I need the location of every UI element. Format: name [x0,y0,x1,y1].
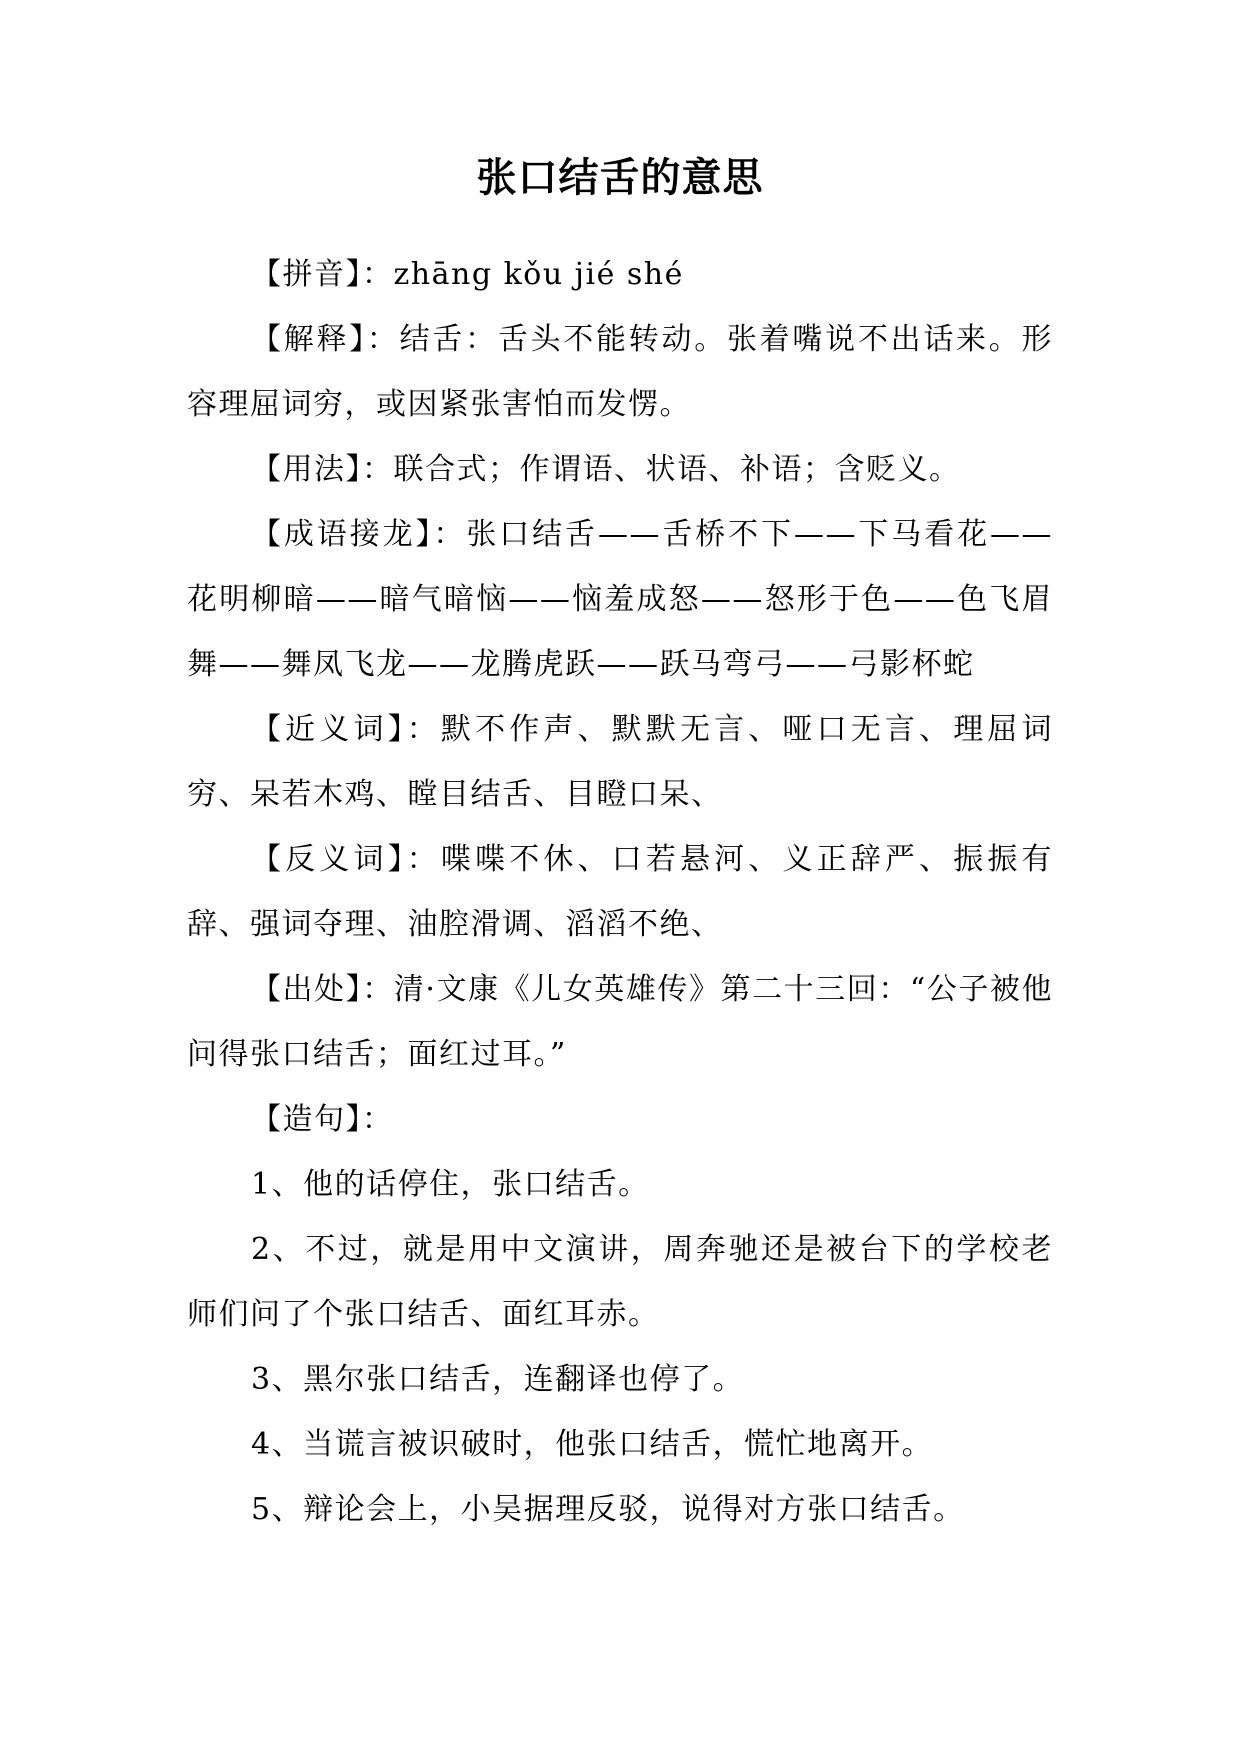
example-sentence-4: 4、当谎言被识破时，他张口结舌，慌忙地离开。 [187,1412,1053,1477]
explanation-paragraph: 【解释】：结舌：舌头不能转动。张着嘴说不出话来。形容理屈词穷，或因紧张害怕而发愣… [187,307,1053,437]
pinyin-text: zhāng kǒu jié shé [394,257,684,292]
example-sentence-5: 5、辩论会上，小吴据理反驳，说得对方张口结舌。 [187,1477,1053,1542]
example-sentence-2: 2、不过，就是用中文演讲，周奔驰还是被台下的学校老师们问了个张口结舌、面红耳赤。 [187,1217,1053,1347]
usage-paragraph: 【用法】：联合式；作谓语、状语、补语；含贬义。 [187,437,1053,502]
source-paragraph: 【出处】：清·文康《儿女英雄传》第二十三回：“公子被他问得张口结舌；面红过耳。” [187,957,1053,1087]
antonyms-paragraph: 【反义词】：喋喋不休、口若悬河、义正辞严、振振有辞、强词夺理、油腔滑调、滔滔不绝… [187,827,1053,957]
idiom-chain-label: 【成语接龙】： [251,517,466,552]
synonyms-label: 【近义词】： [251,712,441,747]
antonyms-label: 【反义词】： [251,842,441,877]
document-body: 【拼音】：zhāng kǒu jié shé 【解释】：结舌：舌头不能转动。张着… [187,242,1053,1542]
example-sentence-3: 3、黑尔张口结舌，连翻译也停了。 [187,1347,1053,1412]
usage-label: 【用法】： [251,452,394,487]
usage-text: 联合式；作谓语、状语、补语；含贬义。 [394,452,961,487]
idiom-chain-paragraph: 【成语接龙】：张口结舌——舌桥不下——下马看花——花明柳暗——暗气暗恼——恼羞成… [187,502,1053,697]
synonyms-paragraph: 【近义词】：默不作声、默默无言、哑口无言、理屈词穷、呆若木鸡、瞠目结舌、目瞪口呆… [187,697,1053,827]
source-label: 【出处】： [251,972,394,1007]
example-sentence-1: 1、他的话停住，张口结舌。 [187,1152,1053,1217]
explanation-label: 【解释】： [251,322,400,357]
example-sentences-label: 【造句】： [251,1102,394,1137]
pinyin-paragraph: 【拼音】：zhāng kǒu jié shé [187,242,1053,307]
example-sentences-heading: 【造句】： [187,1087,1053,1152]
pinyin-label: 【拼音】： [251,257,394,292]
document-title: 张口结舌的意思 [187,150,1053,206]
